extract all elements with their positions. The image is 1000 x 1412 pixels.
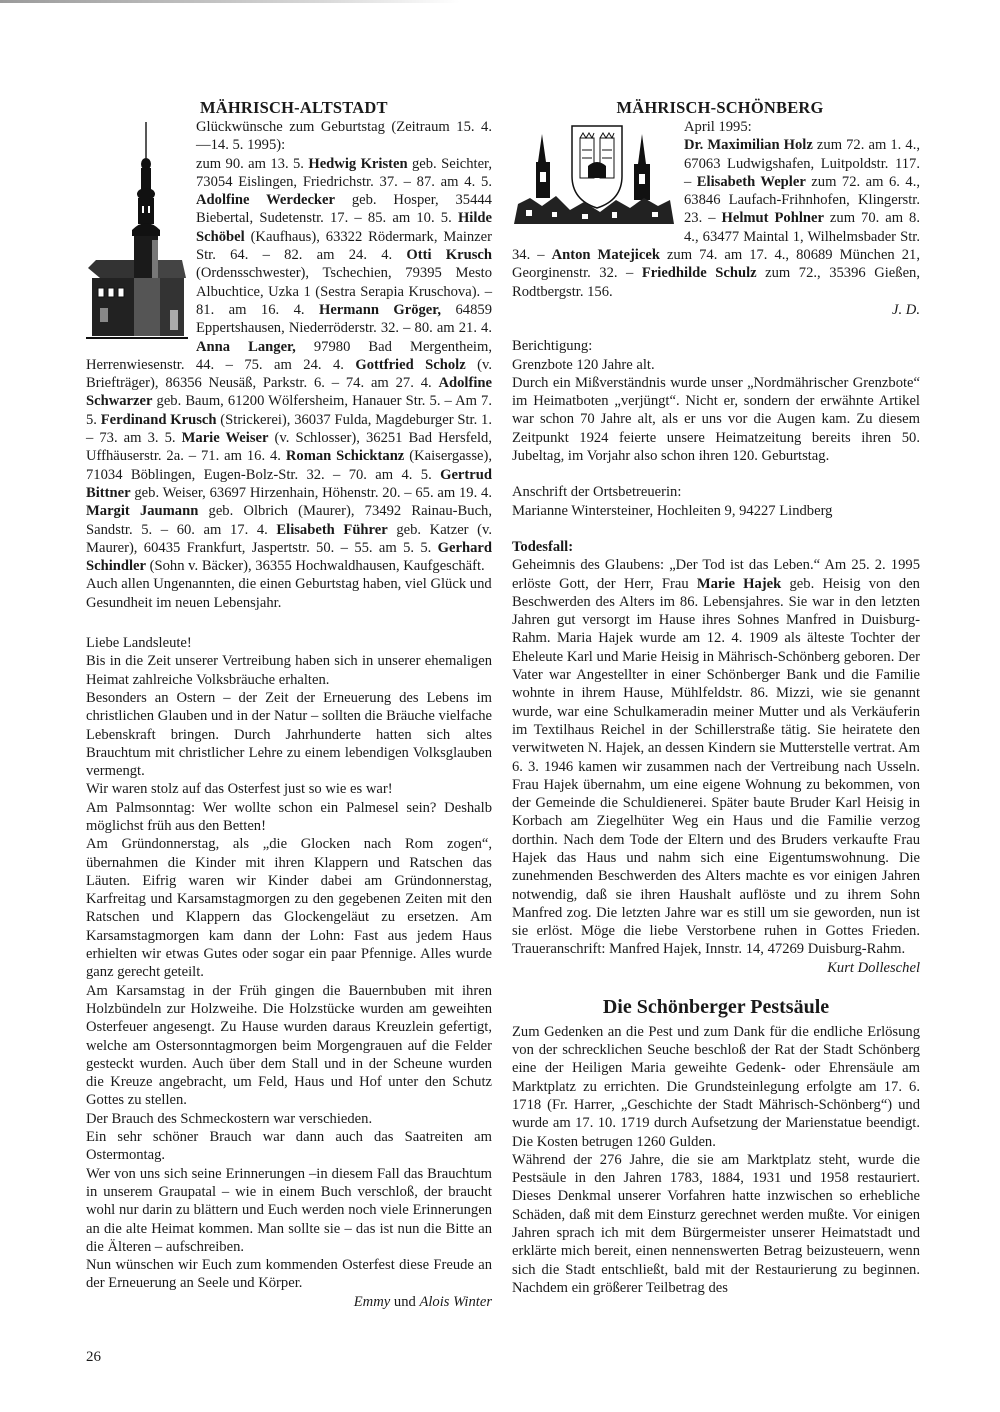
spacer [512, 465, 920, 483]
correction-label: Berichtigung: [512, 337, 920, 355]
person-name: Elisabeth Führer [276, 522, 387, 538]
article-title: Die Schönberger Pestsäule [512, 995, 920, 1019]
article-paragraph: Zum Gedenken an die Pest und zum Dank fü… [512, 1023, 920, 1151]
entry-pre: 71. am 16. 4. [201, 448, 286, 464]
deceased-name: Marie Hajek [697, 576, 781, 592]
spacer [86, 612, 492, 634]
birthday-signature: J. D. [512, 301, 920, 319]
person-name: Gottfried Scholz [355, 357, 465, 373]
church-tower-illustration [86, 118, 188, 344]
right-column: MÄHRISCH-SCHÖNBERG Ap [512, 98, 920, 1297]
birthday-closing: Auch allen Ungenannten, die einen Geburt… [86, 575, 492, 612]
entry-pre: 74. am 27. 4. [346, 375, 439, 391]
entry-pre: 87. am 4. 5. [417, 174, 492, 190]
entry-pre: 80. am 21. 4. [415, 320, 492, 336]
correction-headline: Grenzbote 120 Jahre alt. [512, 356, 920, 374]
birthday-block-schoenberg: April 1995: Dr. Maximilian Holz zum 72. … [512, 118, 920, 301]
letter-salutation: Liebe Landsleute! [86, 634, 492, 652]
birthday-intro: Glückwünsche zum Geburtstag (Zeitraum 15… [196, 119, 492, 153]
person-name: Otti Krusch [406, 247, 492, 263]
scan-edge-shade [0, 0, 460, 3]
entry-post: geb. Baum, 61200 Wölfersheim, Hanauer St… [152, 393, 455, 409]
section-title-schoenberg: MÄHRISCH-SCHÖNBERG [512, 98, 920, 118]
entry-pre: 75. am 24. 4. [244, 357, 355, 373]
letter-paragraph: Wir waren stolz auf das Osterfest just s… [86, 780, 492, 798]
signature-name: Emmy [354, 1294, 390, 1310]
left-column: MÄHRISCH-ALTSTADT Glückwünsc [86, 98, 492, 1311]
birthday-block-altstadt: Glückwünsche zum Geburtstag (Zeitraum 15… [86, 118, 492, 575]
entry-post: (Ordensschwester), Tschechien, 79395 Mes… [196, 265, 492, 299]
letter-signature: Emmy und Alois Winter [86, 1293, 492, 1311]
entry-pre: 70. am 4. 5. [349, 467, 440, 483]
person-name: Elisabeth Wepler [697, 174, 806, 190]
person-name: Ferdinand Krusch [101, 412, 217, 428]
obituary-heading: Todesfall: [512, 539, 573, 555]
person-name: Anna Langer, [196, 339, 296, 355]
town-coat-of-arms-illustration [512, 120, 676, 228]
entry-pre: 60. am 17. 4. [177, 522, 277, 538]
letter-paragraph: Ein sehr schöner Brauch war dann auch da… [86, 1128, 492, 1165]
person-name: Hermann Gröger, [319, 302, 441, 318]
correction-body: Durch ein Mißverständnis wurde unser „No… [512, 374, 920, 465]
person-name: Helmut Pohlner [722, 210, 824, 226]
section-title-altstadt: MÄHRISCH-ALTSTADT [86, 98, 492, 118]
person-name: Anton Matejicek [552, 247, 660, 263]
article-paragraph: Während der 276 Jahre, die sie am Marktp… [512, 1151, 920, 1297]
entry-post: geb. Weiser, 63697 Hirzenhain, Höhenstr.… [131, 485, 416, 501]
entry-pre: 65. am 19. 4. [415, 485, 492, 501]
signature-conjunction: und [390, 1294, 419, 1310]
contact-address: Marianne Wintersteiner, Hochleiten 9, 94… [512, 502, 920, 520]
obituary-label: Todesfall: [512, 538, 920, 556]
person-name: Hedwig Kristen [308, 156, 407, 172]
birthday-intro: April 1995: [684, 119, 752, 135]
entry-pre: zum 90. am 13. 5. [196, 156, 308, 172]
person-name: Dr. Maximilian Holz [684, 137, 813, 153]
signature-name: Alois Winter [419, 1294, 492, 1310]
person-name: Roman Schicktanz [286, 448, 404, 464]
spacer [512, 520, 920, 538]
person-name: Adolfine Werdecker [196, 192, 335, 208]
letter-paragraph: Am Palmsonntag: Wer wollte schon ein Pal… [86, 799, 492, 836]
entry-pre: 85. am 10. 5. [368, 210, 458, 226]
obituary-text: geb. Heisig von den Beschwerden des Alte… [512, 576, 920, 958]
obituary-signature: Kurt Dolleschel [827, 959, 920, 977]
letter-paragraph: Besonders an Ostern – der Zeit der Erneu… [86, 689, 492, 780]
person-name: Margit Jaumann [86, 503, 198, 519]
contact-label: Anschrift der Ortsbetreuerin: [512, 483, 920, 501]
letter-paragraph: Wer von uns sich seine Erinnerungen –in … [86, 1165, 492, 1256]
spacer [512, 319, 920, 337]
obituary-body: Geheimnis des Glaubens: „Der Tod ist das… [512, 556, 920, 959]
letter-paragraph: Nun wünschen wir Euch zum kommenden Oste… [86, 1256, 492, 1293]
entry-pre: 82. am 24. 4. [284, 247, 406, 263]
entry-pre: 81. am 16. 4. [196, 302, 319, 318]
page-number: 26 [86, 1349, 101, 1366]
letter-paragraph: Bis in die Zeit unserer Vertreibung habe… [86, 652, 492, 689]
person-name: Friedhilde Schulz [642, 265, 757, 281]
person-name: Marie Weiser [182, 430, 269, 446]
entry-pre: 73. am 3. 5. [99, 430, 181, 446]
entry-post: (Sohn v. Bäcker), 36355 Hochwaldhausen, … [146, 558, 485, 574]
entry-pre: 55. am 5. 5. [354, 540, 437, 556]
letter-paragraph: Am Gründonnerstag, als „die Glocken nach… [86, 835, 492, 981]
letter-paragraph: Der Brauch des Schmeckostern war verschi… [86, 1110, 492, 1128]
letter-paragraph: Am Karsamstag in der Früh gingen die Bau… [86, 982, 492, 1110]
